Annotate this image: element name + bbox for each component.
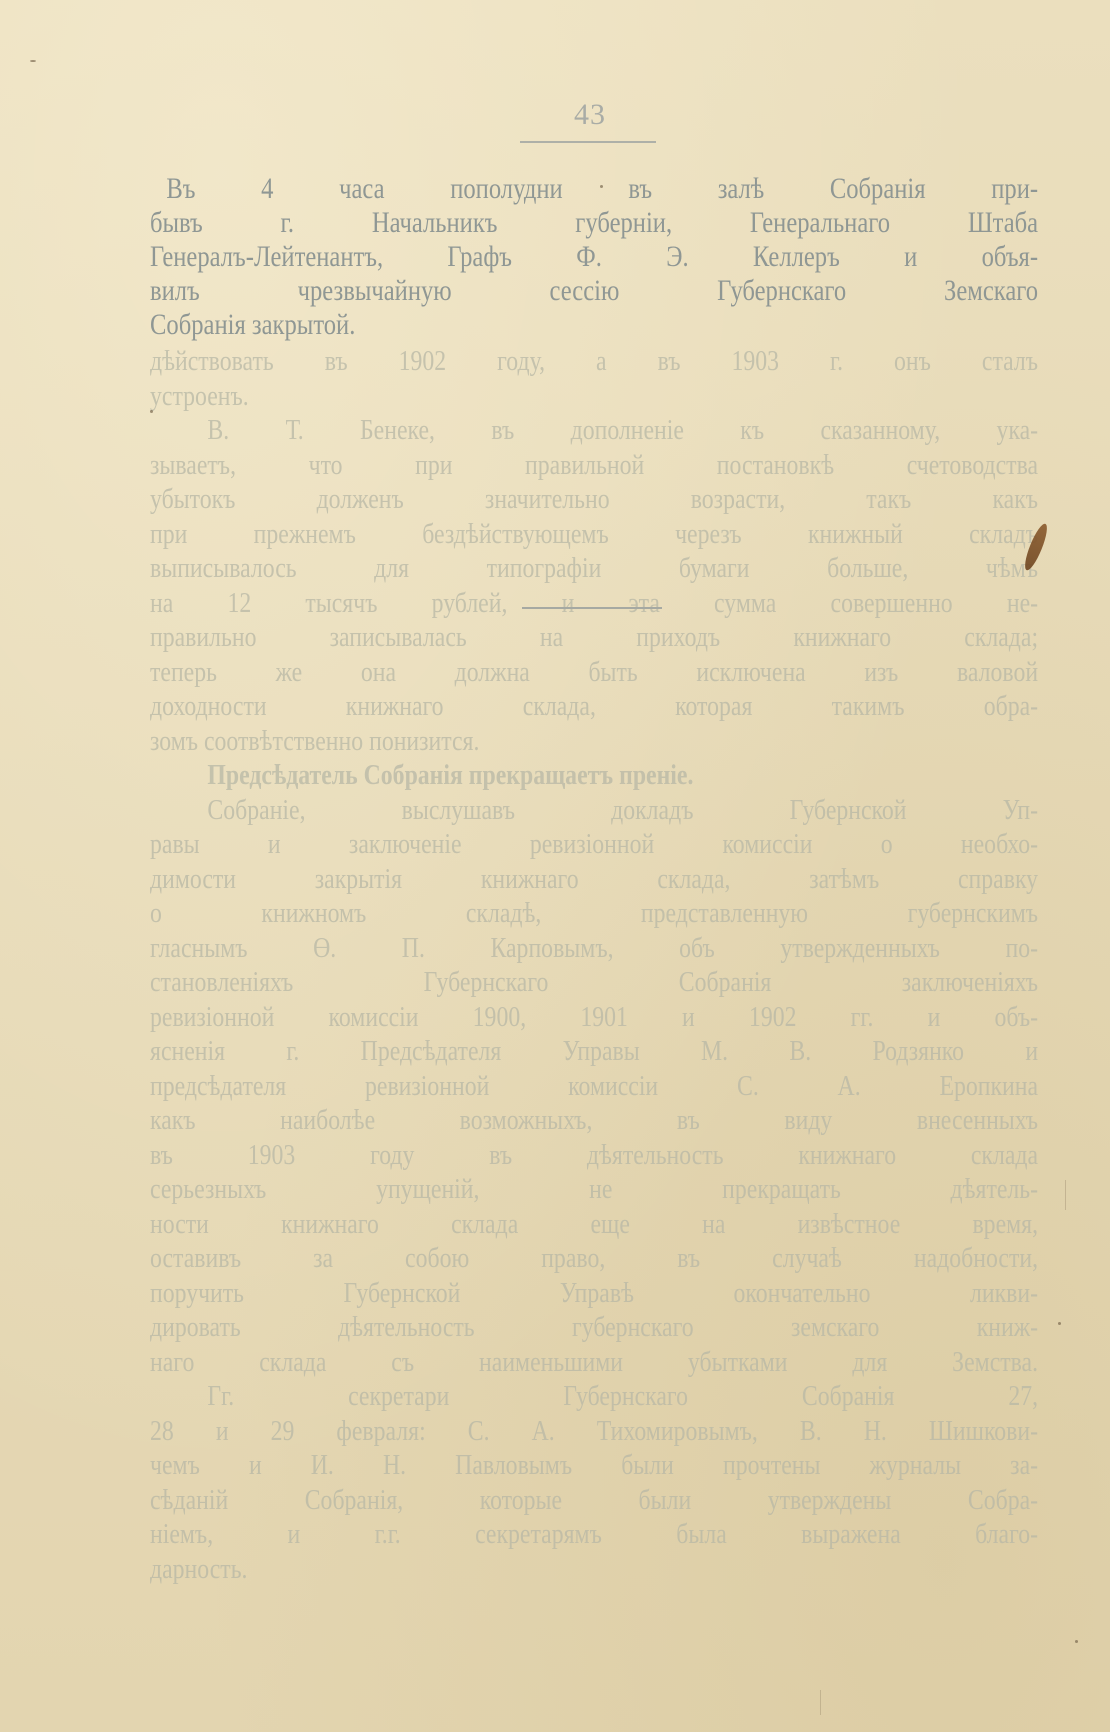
offset-line: на 12 тысячъ рублей, и эта сумма соверше… (150, 586, 1038, 621)
offset-line: въ 1903 году въ дѣятельность книжнаго ск… (150, 1138, 1038, 1173)
offset-line: о книжномъ складѣ, представленную губерн… (150, 896, 1038, 931)
offset-line: оставивъ за собою право, въ случаѣ надоб… (150, 1241, 1038, 1276)
paragraph-line: Въ 4 часа пополудни въ залѣ Собранія при… (150, 172, 1038, 206)
offset-line: сѣданій Собранія, которые были утвержден… (150, 1483, 1038, 1518)
header-rule (520, 141, 656, 143)
offset-line: устроенъ. (150, 379, 1038, 414)
offset-line: убытокъ долженъ значительно возрасти, та… (150, 482, 1038, 517)
offset-line: В. Т. Бенеке, въ дополненіе къ сказанном… (150, 413, 1038, 448)
paper-fiber (1065, 1180, 1066, 1210)
offset-line: теперь же она должна быть исключена изъ … (150, 655, 1038, 690)
offset-line: гласнымъ Ө. П. Карповымъ, объ утвержденн… (150, 931, 1038, 966)
main-paragraph: Въ 4 часа пополудни въ залѣ Собранія при… (150, 172, 1038, 342)
offset-line: ревизіонной комиссіи 1900, 1901 и 1902 г… (150, 1000, 1038, 1035)
offset-line: дарность. (150, 1552, 1038, 1587)
offset-line: ясненія г. Предсѣдателя Управы М. В. Род… (150, 1034, 1038, 1069)
paper-speck (600, 185, 603, 188)
offset-line: зываетъ, что при правильной постановкѣ с… (150, 448, 1038, 483)
offset-line: наго склада съ наименьшими убытками для … (150, 1345, 1038, 1380)
offset-line: дировать дѣятельность губернскаго земска… (150, 1310, 1038, 1345)
paper-speck (1075, 1640, 1078, 1643)
offset-line: ности книжнаго склада еще на извѣстное в… (150, 1207, 1038, 1242)
offset-line: становленіяхъ Губернскаго Собранія заклю… (150, 965, 1038, 1000)
paragraph-line: бывъ г. Начальникъ губерніи, Генеральнаг… (150, 206, 1038, 240)
offset-line: димости закрытія книжнаго склада, затѣмъ… (150, 862, 1038, 897)
offset-line-secretaries: 28 и 29 февраля: С. А. Тихомировымъ, В. … (150, 1414, 1038, 1449)
offset-line-secretaries: чемъ и И. Н. Павловымъ были прочтены жур… (150, 1448, 1038, 1483)
offset-line: выписывалось для типографіи бумаги больш… (150, 551, 1038, 586)
offset-line: дѣйствовать въ 1902 году, а въ 1903 г. о… (150, 344, 1038, 379)
paragraph-line: вилъ чрезвычайную сессію Губернскаго Зем… (150, 274, 1038, 308)
paragraph-line: Генералъ-Лейтенантъ, Графъ Ф. Э. Келлеръ… (150, 240, 1038, 274)
offset-line: при прежнемъ бездѣйствующемъ черезъ книж… (150, 517, 1038, 552)
paper-speck (150, 410, 153, 413)
offset-bleedthrough-text: дѣйствовать въ 1902 году, а въ 1903 г. о… (150, 344, 1038, 1586)
offset-line: зомъ соотвѣтственно понизится. (150, 724, 1038, 759)
offset-line: Собраніе, выслушавъ докладъ Губернской У… (150, 793, 1038, 828)
paragraph-line: Собранія закрытой. (150, 308, 1038, 342)
offset-line: какъ наиболѣе возможныхъ, въ виду внесен… (150, 1103, 1038, 1138)
paper-fiber (820, 1690, 821, 1715)
paper-speck (1058, 1322, 1061, 1325)
paper-speck (30, 60, 36, 62)
offset-line: доходности книжнаго склада, которая таки… (150, 689, 1038, 724)
offset-line: Гг. секретари Губернскаго Собранія 27, (150, 1379, 1038, 1414)
offset-line-chairman: Предсѣдатель Собранія прекращаетъ преніе… (150, 758, 1038, 793)
offset-line: серьезныхъ упущеній, не прекращать дѣяте… (150, 1172, 1038, 1207)
offset-line: правильно записывалась на приходъ книжна… (150, 620, 1038, 655)
offset-line: предсѣдателя ревизіонной комиссіи С. А. … (150, 1069, 1038, 1104)
page-number: 43 (560, 98, 620, 132)
offset-line: равы и заключеніе ревизіонной комиссіи о… (150, 827, 1038, 862)
offset-line: ніемъ, и г.г. секретарямъ была выражена … (150, 1517, 1038, 1552)
section-rule (522, 607, 662, 609)
offset-line: поручить Губернской Управѣ окончательно … (150, 1276, 1038, 1311)
